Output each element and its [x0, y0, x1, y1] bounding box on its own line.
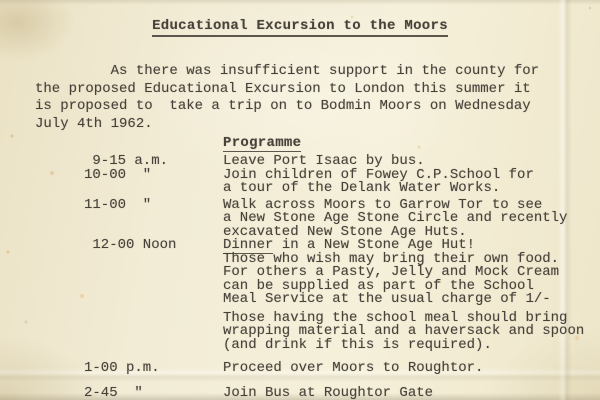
schedule-description: Walk across Moors to Garrow Tor to see a… [223, 199, 600, 240]
schedule-time: 12-00 Noon [84, 239, 223, 352]
intro-line: the proposed Educational Excursion to Lo… [35, 81, 600, 99]
schedule-desc-line: Join Bus at Roughtor Gate [223, 387, 600, 400]
programme-heading: Programme [223, 136, 301, 152]
schedule-time: 2-45 " [84, 387, 223, 400]
schedule-description: Join Bus at Roughtor Gate [223, 387, 600, 400]
schedule-description: Proceed over Moors to Roughtor. [223, 362, 600, 376]
schedule-description: Join children of Fowey C.P.School for a … [223, 169, 600, 196]
programme-schedule: 9-15 a.m. Leave Port Isaac by bus. 10-00… [84, 155, 600, 400]
scanned-document: Educational Excursion to the Moors As th… [0, 0, 600, 400]
document-title: Educational Excursion to the Moors [0, 0, 600, 34]
document-title-text: Educational Excursion to the Moors [152, 18, 448, 37]
programme-section: Programme 9-15 a.m. Leave Port Isaac by … [0, 135, 600, 400]
intro-line: is proposed to take a trip on to Bodmin … [35, 98, 600, 116]
schedule-desc-line: Proceed over Moors to Roughtor. [223, 362, 600, 376]
schedule-time: 10-00 " [84, 169, 223, 196]
schedule-row-100pm: 1-00 p.m. Proceed over Moors to Roughtor… [84, 362, 600, 376]
schedule-time: 1-00 p.m. [84, 362, 223, 376]
schedule-description: Dinner in a New Stone Age Hut! Those who… [223, 239, 600, 352]
schedule-desc-line: Meal Service at the usual charge of 1/- [223, 293, 600, 307]
schedule-row-1200: 12-00 Noon Dinner in a New Stone Age Hut… [84, 239, 600, 352]
schedule-row-245pm: 2-45 " Join Bus at Roughtor Gate [84, 387, 600, 400]
schedule-time: 11-00 " [84, 199, 223, 240]
intro-line: July 4th 1962. [35, 116, 600, 134]
intro-paragraph: As there was insufficient support in the… [35, 63, 600, 133]
intro-line: As there was insufficient support in the… [35, 63, 600, 81]
schedule-desc-line: a tour of the Delank Water Works. [223, 182, 600, 196]
schedule-row-1100: 11-00 " Walk across Moors to Garrow Tor … [84, 199, 600, 240]
schedule-note-line: (and drink if this is required). [223, 339, 600, 353]
schedule-row-1000: 10-00 " Join children of Fowey C.P.Schoo… [84, 169, 600, 196]
